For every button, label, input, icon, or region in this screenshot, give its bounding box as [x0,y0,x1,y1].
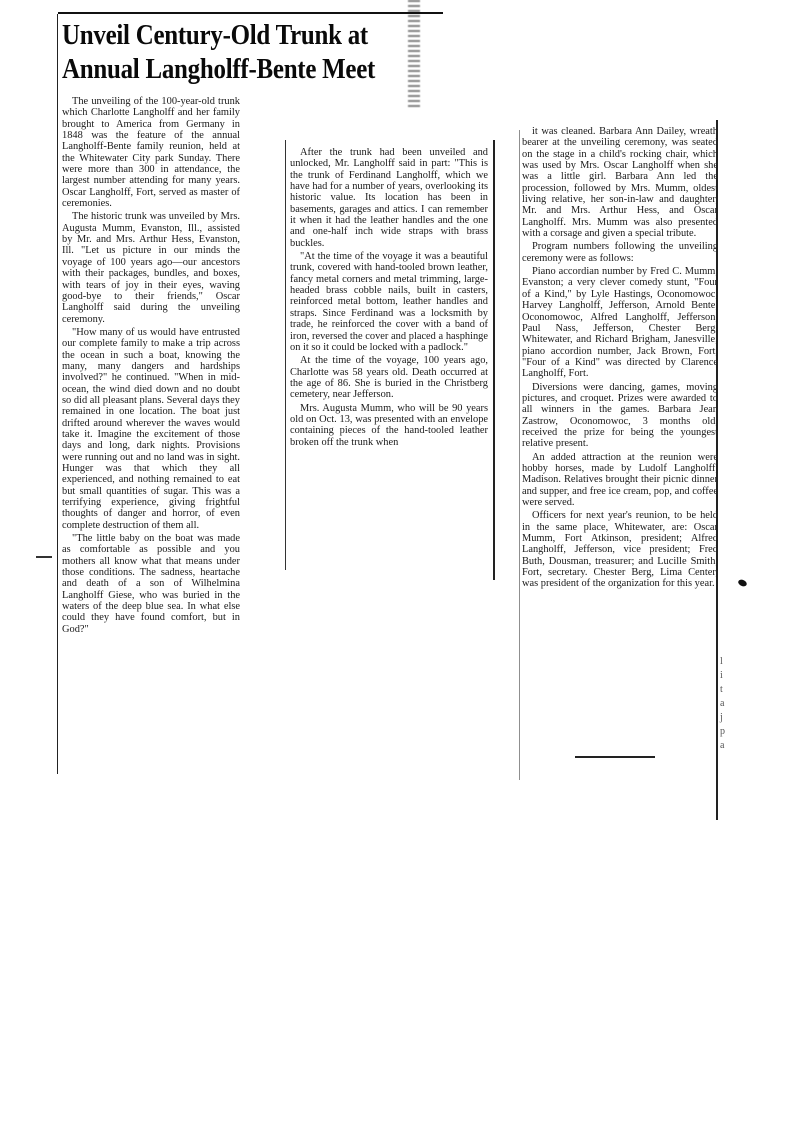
headline: Unveil Century-Old Trunk at Annual Langh… [62,18,363,86]
paragraph: An added attraction at the reunion were … [522,452,718,509]
paragraph: Piano accordian number by Fred C. Mumm, … [522,266,718,379]
article-end-rule [575,756,655,758]
fragment: t [720,683,730,697]
newspaper-clipping: Unveil Century-Old Trunk at Annual Langh… [0,0,800,1131]
paragraph: Program numbers following the unveiling … [522,241,718,264]
article-column-2: After the trunk had been unveiled and un… [290,147,488,450]
column-divider [716,120,718,820]
scan-smudge [408,0,420,110]
column-border-left [57,14,58,774]
fragment: l [720,655,730,669]
headline-line-2: Annual Langholff-Bente Meet [62,52,363,86]
paragraph: Mrs. Augusta Mumm, who will be 90 years … [290,403,488,448]
paragraph: At the time of the voyage, 100 years ago… [290,355,488,400]
fragment: a [720,697,730,711]
margin-mark [36,556,52,558]
paragraph: Officers for next year's reunion, to be … [522,510,718,589]
paragraph: "How many of us would have entrusted our… [62,327,240,531]
article-column-1: The unveiling of the 100-year-old trunk … [62,96,240,637]
fragment: a [720,739,730,753]
paragraph: Diversions were dancing, games, moving p… [522,382,718,450]
paragraph: The historic trunk was unveiled by Mrs. … [62,211,240,324]
paragraph: After the trunk had been unveiled and un… [290,147,488,249]
column-divider [285,140,286,570]
paragraph: The unveiling of the 100-year-old trunk … [62,96,240,209]
column-divider [493,140,495,580]
fragment: j [720,711,730,725]
article-column-3: it was cleaned. Barbara Ann Dailey, wrea… [522,126,718,592]
paragraph: "At the time of the voyage it was a beau… [290,251,488,353]
column-divider [519,130,520,780]
headline-line-1: Unveil Century-Old Trunk at [62,18,363,52]
fragment: i [720,669,730,683]
ink-blot [737,578,748,587]
paragraph: it was cleaned. Barbara Ann Dailey, wrea… [522,126,718,239]
top-rule [58,12,443,14]
adjacent-column-fragments: l i t a j p a [720,655,730,753]
fragment: p [720,725,730,739]
paragraph: "The little baby on the boat was made as… [62,533,240,635]
